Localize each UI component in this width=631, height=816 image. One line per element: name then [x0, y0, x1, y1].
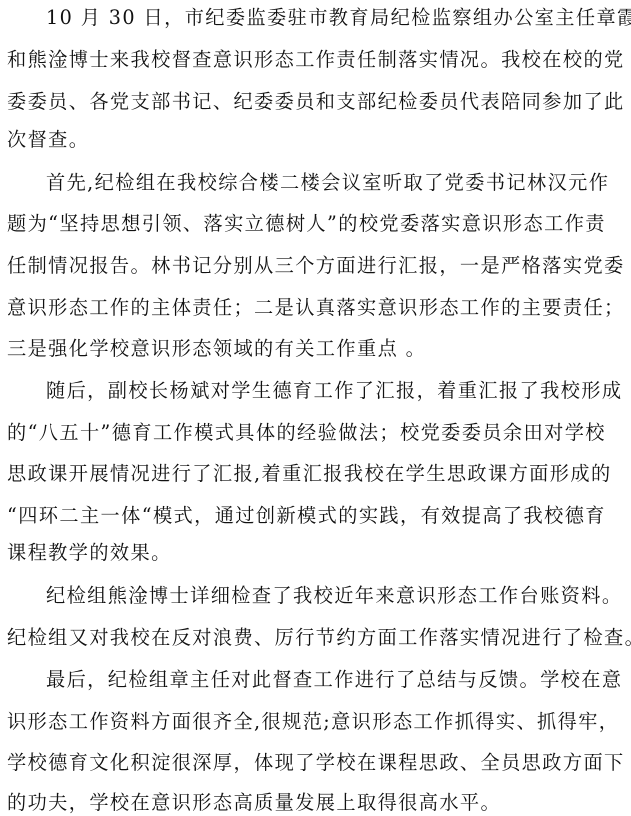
text-line: 最后，纪检组章主任对此督查工作进行了总结与反馈。学校在意	[46, 665, 626, 695]
text-line: 思政课开展情况进行了汇报,着重汇报我校在学生思政课方面形成的	[7, 459, 627, 489]
text-line: 的功夫，学校在意识形态高质量发展上取得很高水平。	[7, 788, 627, 816]
text-line: 和熊淦博士来我校督查意识形态工作责任制落实情况。我校在校的党	[7, 45, 627, 75]
text-line: 识形态工作资料方面很齐全,很规范;意识形态工作抓得实、抓得牢，	[7, 707, 627, 737]
text-line: 随后，副校长杨斌对学生德育工作了汇报，着重汇报了我校形成	[46, 376, 626, 406]
text-line: 委委员、各党支部书记、纪委委员和支部纪检委员代表陪同参加了此	[7, 87, 627, 117]
text-line: 纪检组熊淦博士详细检查了我校近年来意识形态工作台账资料。	[46, 581, 626, 611]
text-line: 10 月 30 日，市纪委监委驻市教育局纪检监察组办公室主任章霞	[46, 3, 626, 33]
text-line: “四环二主一体“模式，通过创新模式的实践，有效提高了我校德育	[7, 501, 627, 531]
text-line: 三是强化学校意识形态领域的有关工作重点 。	[7, 334, 627, 364]
text-line: 纪检组又对我校在反对浪费、厉行节约方面工作落实情况进行了检查。	[7, 623, 627, 653]
text-line: 首先,纪检组在我校综合楼二楼会议室听取了党委书记林汉元作	[46, 168, 626, 198]
text-line: 课程教学的效果。	[7, 538, 627, 568]
text-line: 任制情况报告。林书记分别从三个方面进行汇报，一是严格落实党委	[7, 251, 627, 281]
text-line: 题为“坚持思想引领、落实立德树人”的校党委落实意识形态工作责	[7, 209, 627, 239]
text-line: 的“八五十”德育工作模式具体的经验做法；校党委委员余田对学校	[7, 418, 627, 448]
text-line: 学校德育文化积淀很深厚，体现了学校在课程思政、全员思政方面下	[7, 748, 627, 778]
text-line: 意识形态工作的主体责任；二是认真落实意识形态工作的主要责任；	[7, 293, 627, 323]
document-body: 10 月 30 日，市纪委监委驻市教育局纪检监察组办公室主任章霞 和熊淦博士来我…	[0, 0, 631, 816]
text-line: 次督查。	[7, 125, 627, 155]
